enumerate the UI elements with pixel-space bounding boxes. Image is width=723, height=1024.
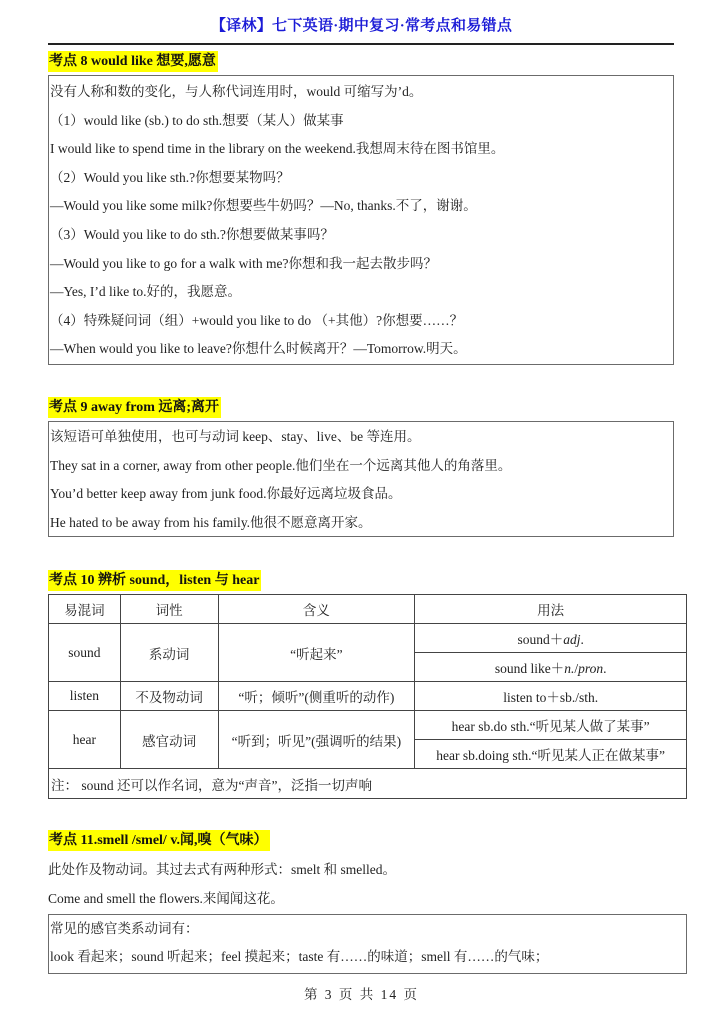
section-10-title: 考点 10 辨析 sound，listen 与 hear	[48, 570, 261, 591]
pos-cell: 不及物动词	[120, 682, 218, 711]
section-9-title: 考点 9 away from 远离;离开	[48, 397, 221, 418]
table-header-cell: 含义	[218, 595, 415, 624]
section-11-line: 此处作及物动词。其过去式有两种形式：smelt 和 smelled。	[48, 860, 396, 880]
meaning-cell: “听起来”	[218, 624, 415, 682]
section-8-line: —Would you like to go for a walk with me…	[49, 250, 673, 279]
section-8-line: 没有人称和数的变化，与人称代词连用时，would 可缩写为’d。	[49, 78, 673, 107]
section-8-line: —Would you like some milk?你想要些牛奶吗？—No, t…	[49, 192, 673, 221]
word-cell: listen	[49, 682, 121, 711]
usage-cell: listen to＋sb./sth.	[415, 682, 687, 711]
table-row: sound 系动词 “听起来” sound＋adj.	[49, 624, 687, 653]
section-8-line: —When would you like to leave?你想什么时候离开？—…	[49, 335, 673, 364]
section-11-box-line: 常见的感官类系动词有：	[49, 915, 686, 943]
section-8-line: （3）Would you like to do sth.?你想要做某事吗？	[49, 221, 673, 250]
section-9-box: 该短语可单独使用，也可与动词 keep、stay、live、be 等连用。 Th…	[48, 421, 674, 537]
section-11-box: 常见的感官类系动词有： look 看起来；sound 听起来；feel 摸起来；…	[48, 914, 687, 974]
table-header-cell: 用法	[415, 595, 687, 624]
pos-cell: 感官动词	[120, 711, 218, 769]
comparison-table: 易混词 词性 含义 用法 sound 系动词 “听起来” sound＋adj. …	[48, 594, 687, 799]
word-cell: sound	[49, 624, 121, 682]
section-8-line: —Yes, I’d like to.好的，我愿意。	[49, 278, 673, 307]
word-cell: hear	[49, 711, 121, 769]
section-9-line: He hated to be away from his family.他很不愿…	[49, 509, 673, 538]
table-note: 注： sound 还可以作名词，意为“声音”，泛指一切声响	[49, 769, 687, 799]
section-8-line: （2）Would you like sth.?你想要某物吗？	[49, 164, 673, 193]
section-8-line: （1）would like (sb.) to do sth.想要（某人）做某事	[49, 107, 673, 136]
section-8-box: 没有人称和数的变化，与人称代词连用时，would 可缩写为’d。 （1）woul…	[48, 75, 674, 365]
usage-cell: hear sb.do sth.“听见某人做了某事”	[415, 711, 687, 740]
section-9-line: They sat in a corner, away from other pe…	[49, 452, 673, 481]
table-row: hear 感官动词 “听到；听见”(强调听的结果) hear sb.do sth…	[49, 711, 687, 740]
table-header-cell: 词性	[120, 595, 218, 624]
section-8-line: （4）特殊疑问词（组）+would you like to do （+其他）?你…	[49, 307, 673, 336]
page-number: 第 3 页 共 14 页	[0, 983, 723, 1003]
section-8-line: I would like to spend time in the librar…	[49, 135, 673, 164]
table-note-row: 注： sound 还可以作名词，意为“声音”，泛指一切声响	[49, 769, 687, 799]
section-9-line: You’d better keep away from junk food.你最…	[49, 480, 673, 509]
table-header-row: 易混词 词性 含义 用法	[49, 595, 687, 624]
usage-cell: hear sb.doing sth.“听见某人正在做某事”	[415, 740, 687, 769]
meaning-cell: “听；倾听”(侧重听的动作)	[218, 682, 415, 711]
document-header-title: 【译林】七下英语·期中复习·常考点和易错点	[0, 14, 723, 35]
section-11-title: 考点 11.smell /smel/ v.闻,嗅（气味）	[48, 830, 270, 851]
meaning-cell: “听到；听见”(强调听的结果)	[218, 711, 415, 769]
section-9-line: 该短语可单独使用，也可与动词 keep、stay、live、be 等连用。	[49, 423, 673, 452]
header-divider	[48, 43, 674, 45]
section-11-box-line: look 看起来；sound 听起来；feel 摸起来；taste 有……的味道…	[49, 943, 686, 971]
table-row: listen 不及物动词 “听；倾听”(侧重听的动作) listen to＋sb…	[49, 682, 687, 711]
usage-cell: sound＋adj.	[415, 624, 687, 653]
section-11-line: Come and smell the flowers.来闻闻这花。	[48, 889, 284, 909]
pos-cell: 系动词	[120, 624, 218, 682]
section-8-title: 考点 8 would like 想要,愿意	[48, 51, 218, 72]
table-header-cell: 易混词	[49, 595, 121, 624]
usage-cell: sound like＋n./pron.	[415, 653, 687, 682]
